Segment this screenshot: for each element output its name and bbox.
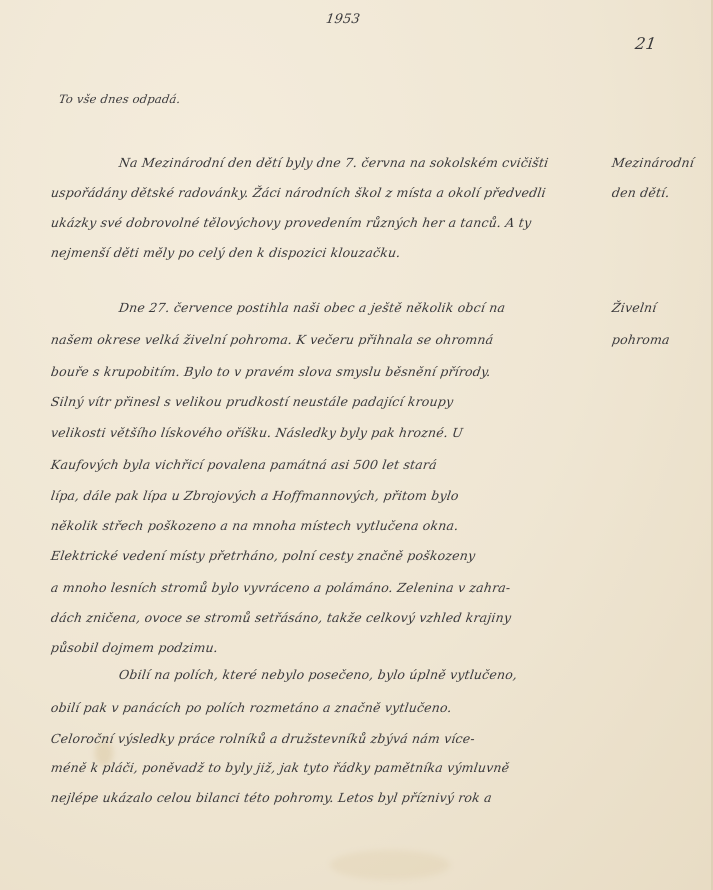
text-line: méně k pláči, poněvadž to byly již, jak …	[50, 760, 510, 775]
text-line: nejlépe ukázalo celou bilanci této pohro…	[50, 790, 493, 805]
text-line: působil dojmem podzimu.	[50, 640, 219, 655]
text-line: Celoroční výsledky práce rolníků a družs…	[50, 731, 476, 746]
text-line: bouře s krupobitím. Bylo to v pravém slo…	[50, 364, 492, 379]
page-number: 21	[634, 34, 657, 53]
text-line: Obilí na polích, které nebylo posečeno, …	[118, 667, 518, 682]
paper-stain	[330, 850, 450, 880]
text-line: ukázky své dobrovolné tělovýchovy proved…	[50, 215, 532, 230]
margin-note: Mezinárodní	[611, 155, 695, 170]
text-line: obilí pak v panácích po polích rozmetáno…	[50, 700, 453, 715]
text-line: a mnoho lesních stromů bylo vyvráceno a …	[50, 580, 512, 595]
year-heading: 1953	[325, 12, 361, 27]
text-line: Kaufových byla vichřicí povalena památná…	[50, 457, 438, 472]
text-line: velikosti většího lískového oříšku. Násl…	[50, 425, 464, 440]
text-line: Dne 27. července postihla naši obec a je…	[118, 300, 506, 315]
text-line: lípa, dále pak lípa u Zbrojových a Hoffm…	[50, 488, 460, 503]
text-line: našem okrese velká živelní pohroma. K ve…	[50, 332, 494, 347]
chronicle-page: 1953 21 To vše dnes odpadá. Na Mezinárod…	[0, 0, 713, 890]
text-line: několik střech poškozeno a na mnoha míst…	[50, 518, 460, 533]
text-line: Silný vítr přinesl s velikou prudkostí n…	[50, 394, 454, 409]
margin-note: den dětí.	[611, 185, 671, 200]
text-line: To vše dnes odpadá.	[58, 92, 181, 106]
margin-note: pohroma	[611, 332, 671, 347]
text-line: Na Mezinárodní den dětí byly dne 7. červ…	[118, 155, 549, 170]
margin-note: Živelní	[611, 300, 658, 315]
text-line: uspořádány dětské radovánky. Žáci národn…	[50, 185, 547, 200]
text-line: Elektrické vedení místy přetrháno, polní…	[50, 548, 476, 563]
text-line: dách zničena, ovoce se stromů setřásáno,…	[50, 610, 512, 625]
text-line: nejmenší děti měly po celý den k dispozi…	[50, 245, 402, 260]
